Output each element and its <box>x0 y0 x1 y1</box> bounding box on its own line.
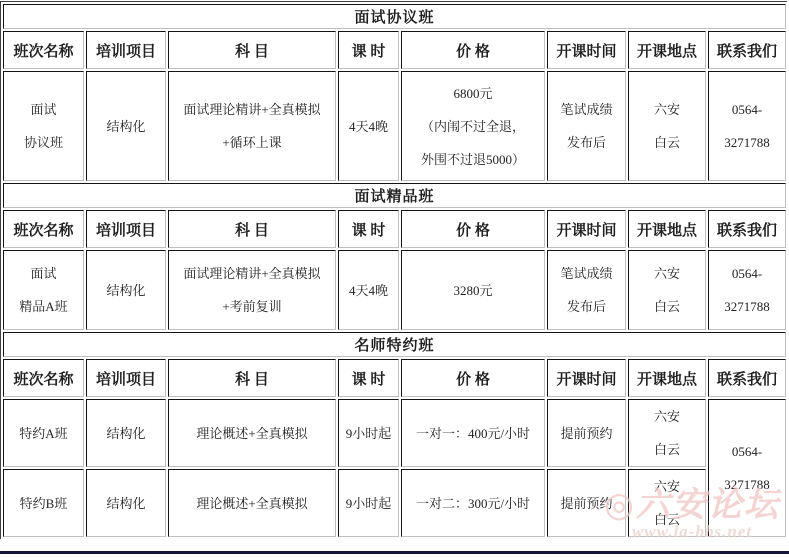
page: 面试协议班 班次名称 培训项目 科 目 课 时 价 格 开课时间 开课地点 联系… <box>0 0 789 558</box>
cell-price: 一对一：400元/小时 <box>401 399 545 467</box>
cell-hours: 9小时起 <box>338 399 399 467</box>
cell-class-name: 特约A班 <box>3 399 84 467</box>
header-row: 班次名称 培训项目 科 目 课 时 价 格 开课时间 开课地点 联系我们 <box>3 359 786 397</box>
cell-location: 六安 白云 <box>628 71 706 181</box>
table-frame: 面试协议班 班次名称 培训项目 科 目 课 时 价 格 开课时间 开课地点 联系… <box>0 1 787 539</box>
column-header-contact: 联系我们 <box>708 210 786 248</box>
cell-class-name: 面试 精品A班 <box>3 250 84 330</box>
section-title: 名师特约班 <box>3 332 786 357</box>
column-header-location: 开课地点 <box>628 359 706 397</box>
cell-program: 结构化 <box>86 71 166 181</box>
column-header-subject: 科 目 <box>168 210 336 248</box>
cell-location: 六安 白云 <box>628 399 706 467</box>
column-header-hours: 课 时 <box>338 359 399 397</box>
column-header-location: 开课地点 <box>628 210 706 248</box>
cell-hours: 4天4晚 <box>338 71 399 181</box>
column-header-subject: 科 目 <box>168 31 336 69</box>
cell-price: 6800元 （内闱不过全退， 外围不过退5000） <box>401 71 545 181</box>
bottom-divider <box>0 551 789 554</box>
cell-class-name: 面试 协议班 <box>3 71 84 181</box>
cell-program: 结构化 <box>86 469 166 537</box>
pricing-table: 面试协议班 班次名称 培训项目 科 目 课 时 价 格 开课时间 开课地点 联系… <box>1 2 788 539</box>
column-header-class-name: 班次名称 <box>3 359 84 397</box>
cell-price: 3280元 <box>401 250 545 330</box>
column-header-contact: 联系我们 <box>708 359 786 397</box>
table-row: 面试 精品A班 结构化 面试理论精讲+全真模拟 +考前复训 4天4晚 3280元… <box>3 250 786 330</box>
column-header-hours: 课 时 <box>338 210 399 248</box>
cell-location: 六安 白云 <box>628 469 706 537</box>
cell-subject: 理论概述+全真模拟 <box>168 399 336 467</box>
table-row: 特约B班 结构化 理论概述+全真模拟 9小时起 一对二：300元/小时 提前预约… <box>3 469 786 537</box>
column-header-price: 价 格 <box>401 31 545 69</box>
section-title-row: 面试精品班 <box>3 183 786 208</box>
column-header-start-time: 开课时间 <box>547 359 626 397</box>
cell-contact: 0564- 3271788 <box>708 250 786 330</box>
column-header-hours: 课 时 <box>338 31 399 69</box>
cell-class-name: 特约B班 <box>3 469 84 537</box>
cell-start-time: 提前预约 <box>547 469 626 537</box>
table-row: 面试 协议班 结构化 面试理论精讲+全真模拟 +循环上课 4天4晚 6800元 … <box>3 71 786 181</box>
section-title: 面试精品班 <box>3 183 786 208</box>
column-header-class-name: 班次名称 <box>3 210 84 248</box>
column-header-program: 培训项目 <box>86 210 166 248</box>
cell-program: 结构化 <box>86 399 166 467</box>
cell-contact: 0564- 3271788 <box>708 71 786 181</box>
column-header-location: 开课地点 <box>628 31 706 69</box>
header-row: 班次名称 培训项目 科 目 课 时 价 格 开课时间 开课地点 联系我们 <box>3 31 786 69</box>
column-header-program: 培训项目 <box>86 359 166 397</box>
cell-start-time: 笔试成绩 发布后 <box>547 71 626 181</box>
column-header-subject: 科 目 <box>168 359 336 397</box>
column-header-contact: 联系我们 <box>708 31 786 69</box>
header-row: 班次名称 培训项目 科 目 课 时 价 格 开课时间 开课地点 联系我们 <box>3 210 786 248</box>
cell-start-time: 提前预约 <box>547 399 626 467</box>
column-header-price: 价 格 <box>401 210 545 248</box>
cell-hours: 4天4晚 <box>338 250 399 330</box>
column-header-program: 培训项目 <box>86 31 166 69</box>
cell-price: 一对二：300元/小时 <box>401 469 545 537</box>
cell-hours: 9小时起 <box>338 469 399 537</box>
table-row: 特约A班 结构化 理论概述+全真模拟 9小时起 一对一：400元/小时 提前预约… <box>3 399 786 467</box>
cell-location: 六安 白云 <box>628 250 706 330</box>
cell-subject: 面试理论精讲+全真模拟 +考前复训 <box>168 250 336 330</box>
cell-subject: 面试理论精讲+全真模拟 +循环上课 <box>168 71 336 181</box>
cell-contact-merged: 0564- 3271788 <box>708 399 786 537</box>
section-title-row: 面试协议班 <box>3 4 786 29</box>
cell-start-time: 笔试成绩 发布后 <box>547 250 626 330</box>
column-header-start-time: 开课时间 <box>547 31 626 69</box>
cell-program: 结构化 <box>86 250 166 330</box>
cell-subject: 理论概述+全真模拟 <box>168 469 336 537</box>
column-header-start-time: 开课时间 <box>547 210 626 248</box>
column-header-class-name: 班次名称 <box>3 31 84 69</box>
section-title: 面试协议班 <box>3 4 786 29</box>
section-title-row: 名师特约班 <box>3 332 786 357</box>
column-header-price: 价 格 <box>401 359 545 397</box>
